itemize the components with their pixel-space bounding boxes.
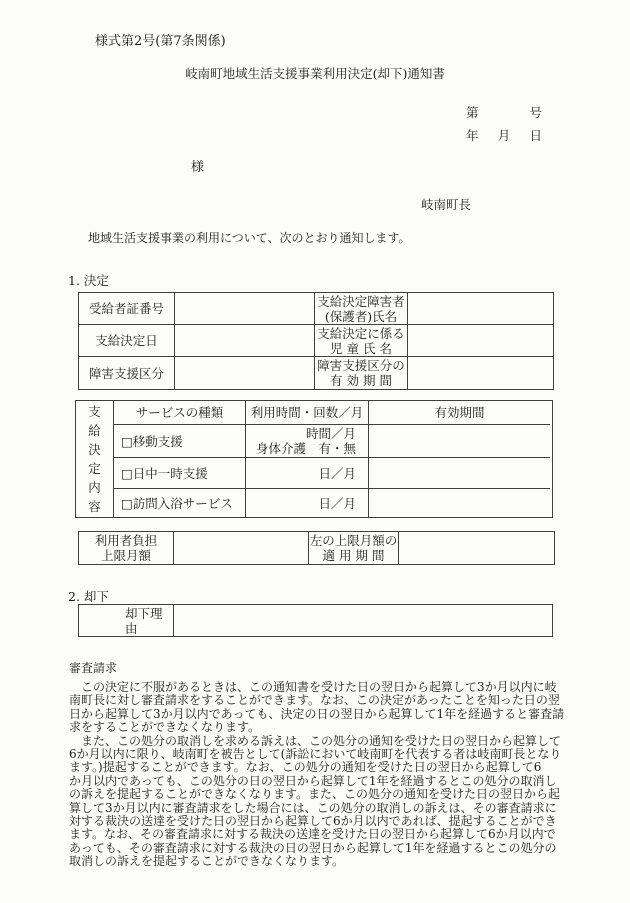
bathing-service-checkbox-label: □訪問入浴サービス	[114, 489, 246, 517]
support-category-value-cell	[175, 357, 315, 389]
appeal-line: 南町長に対し審査請求をすることができます。なお、この決定があったことを知った日の…	[69, 694, 564, 707]
user-burden-limit-value-cell	[174, 532, 309, 564]
appeal-heading: 審査請求	[69, 662, 117, 675]
daytime-support-checkbox-label: □日中一時支援	[114, 458, 246, 489]
date-day-label: 日	[529, 129, 542, 143]
daytime-support-usage-cell: 日／月	[246, 458, 369, 489]
category-validity-value-cell	[408, 357, 553, 389]
appeal-line: ます。なお、その審査請求に対する裁決の送達を受けた日の翌日から起算して6か月以内…	[69, 828, 564, 841]
date-month-label: 月	[498, 129, 511, 143]
user-burden-limit-table: 利用者負担 上限月額 左の上限月額の 適 用 期 間	[78, 531, 555, 565]
recipient-number-value-cell	[175, 293, 315, 325]
intro-text: 地域生活支援事業の利用について、次のとおり通知します。	[88, 232, 411, 245]
user-burden-limit-label: 利用者負担 上限月額	[79, 532, 174, 564]
service-type-column-header: サービスの種類	[114, 401, 246, 425]
mobility-support-validity-cell	[369, 425, 550, 458]
appeal-line: ます。)提起することができます。なお、この処分の通知を受けた日の翌日から起算して…	[69, 761, 564, 774]
daytime-support-validity-cell	[369, 458, 550, 489]
grantee-name-label: 支給決定障害者 (保護者)氏名	[315, 293, 408, 325]
validity-column-header: 有効期間	[369, 401, 550, 425]
rejection-reason-value-cell	[174, 605, 552, 636]
decision-table: 受給者証番号 支給決定障害者 (保護者)氏名 支給決定日 支給決定に係る 児 童…	[78, 292, 554, 390]
recipient-number-label: 受給者証番号	[79, 293, 175, 325]
support-category-label: 障害支援区分	[79, 357, 175, 389]
doc-title: 岐南町地域生活支援事業利用決定(却下)通知書	[0, 67, 630, 81]
child-name-value-cell	[408, 325, 553, 357]
usage-column-header: 利用時間・回数／月	[246, 401, 369, 425]
date-year-label: 年	[466, 129, 479, 143]
bathing-service-usage-cell: 日／月	[246, 489, 369, 517]
child-name-label: 支給決定に係る 児 童 氏 名	[315, 325, 408, 357]
doc-date-line: 年 月 日	[466, 129, 542, 143]
grant-content-table: 支給決定内容 サービスの種類 利用時間・回数／月 有効期間 □移動支援 時間／月…	[75, 400, 553, 518]
rejection-table: 却下理由	[78, 604, 553, 637]
form-number-label: 様式第2号(第7条関係)	[95, 35, 226, 49]
appeal-line: の訴えを提起することができなくなります。また、この処分の通知を受けた日の翌日から…	[69, 788, 564, 801]
mobility-support-usage-cell: 時間／月 身体介護 有・無	[246, 425, 369, 458]
section-1-heading: 1. 決定	[68, 274, 109, 288]
section-2-heading: 2. 却下	[68, 590, 109, 604]
category-validity-label: 障害支援区分の 有 効 期 間	[315, 357, 408, 389]
document-page: 様式第2号(第7条関係) 岐南町地域生活支援事業利用決定(却下)通知書 第 号 …	[0, 0, 630, 903]
appeal-line: 取消しの訴えを提起することができなくなります。	[69, 855, 564, 868]
mobility-support-checkbox-label: □移動支援	[114, 425, 246, 458]
grant-content-row-header: 支給決定内容	[76, 401, 114, 517]
addressee-honorific: 様	[191, 161, 204, 175]
appeal-paragraph: この決定に不服があるときは、この通知書を受けた日の翌日から起算して3か月以内に岐…	[69, 681, 564, 869]
bathing-service-validity-cell	[369, 489, 550, 517]
rejection-reason-label: 却下理由	[79, 605, 174, 636]
doc-number-line: 第 号	[466, 106, 542, 120]
doc-number-prefix: 第	[466, 106, 479, 120]
grantee-name-value-cell	[408, 293, 553, 325]
limit-application-period-value-cell	[399, 532, 552, 564]
appeal-line: 求をすることができなくなります。	[69, 721, 564, 734]
issuer-name: 岐南町長	[421, 198, 471, 212]
doc-number-suffix: 号	[529, 106, 542, 120]
grant-decision-date-value-cell	[175, 325, 315, 357]
limit-application-period-label: 左の上限月額の 適 用 期 間	[309, 532, 399, 564]
grant-decision-date-label: 支給決定日	[79, 325, 175, 357]
